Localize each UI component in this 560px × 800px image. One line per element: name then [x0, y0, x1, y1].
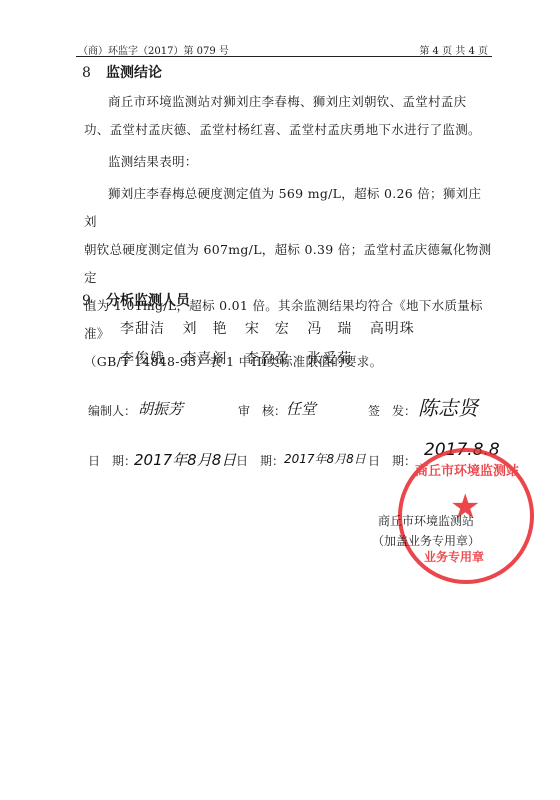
- seal-center-text: 业务专用章: [424, 548, 484, 565]
- issuer-signature: 陈志贤: [418, 392, 478, 421]
- page-header: （商）环监字（2017）第 079 号 第 4 页 共 4 页: [78, 42, 488, 56]
- date-value-1: 2017年8月8日: [134, 449, 236, 470]
- staff-name: 宋 宏: [245, 321, 290, 337]
- reviewer-label: 审 核：: [238, 402, 286, 419]
- section-8-title: 监测结论: [106, 65, 162, 81]
- compiler-signature: 胡振芳: [138, 398, 183, 419]
- staff-row-1: 李甜洁 刘 艳 宋 宏 冯 瑞 高明珠: [120, 318, 427, 338]
- date-label-3: 日 期：: [368, 452, 416, 469]
- staff-name: 张爱菊: [307, 351, 352, 367]
- conclusion-paragraph-1: 商丘市环境监测站对狮刘庄李春梅、狮刘庄刘朝钦、孟堂村孟庆 功、孟堂村孟庆德、孟堂…: [84, 88, 494, 144]
- issuer-label: 签 发：: [368, 402, 416, 419]
- seal-ring-text: 商丘市环境监测站: [412, 460, 522, 479]
- issuer-org: 商丘市环境监测站: [378, 512, 474, 529]
- staff-name: 冯 瑞: [307, 321, 352, 337]
- date-label-2: 日 期：: [236, 452, 284, 469]
- conclusion-paragraph-2: 监测结果表明：: [84, 148, 494, 176]
- reviewer-signature: 任堂: [286, 398, 316, 419]
- page-info: 第 4 页 共 4 页: [419, 42, 488, 57]
- compiler-label: 编制人：: [88, 402, 136, 419]
- staff-row-2: 李俊娥 李喜阁 李盈盈 张爱菊: [120, 348, 364, 368]
- staff-name: 高明珠: [370, 321, 415, 337]
- staff-name: 刘 艳: [182, 321, 227, 337]
- date-label-1: 日 期：: [88, 452, 136, 469]
- staff-name: 李盈盈: [245, 351, 290, 367]
- seal-note: （加盖业务专用章）: [372, 532, 480, 549]
- staff-name: 李俊娥: [120, 351, 165, 367]
- staff-name: 李甜洁: [120, 321, 165, 337]
- section-9-title: 分析监测人员: [106, 293, 190, 309]
- conclusion-paragraph-3: 狮刘庄李春梅总硬度测定值为 569 mg/L，超标 0.26 倍；狮刘庄刘 朝钦…: [84, 180, 494, 376]
- section-9-heading: 9分析监测人员: [82, 290, 190, 310]
- doc-number: （商）环监字（2017）第 079 号: [78, 42, 229, 57]
- staff-name: 李喜阁: [182, 351, 227, 367]
- date-value-2: 2017年8月8日: [284, 450, 366, 467]
- section-8-heading: 8监测结论: [82, 62, 162, 82]
- header-divider: [76, 56, 492, 57]
- document-page: （商）环监字（2017）第 079 号 第 4 页 共 4 页 8监测结论 商丘…: [0, 0, 560, 800]
